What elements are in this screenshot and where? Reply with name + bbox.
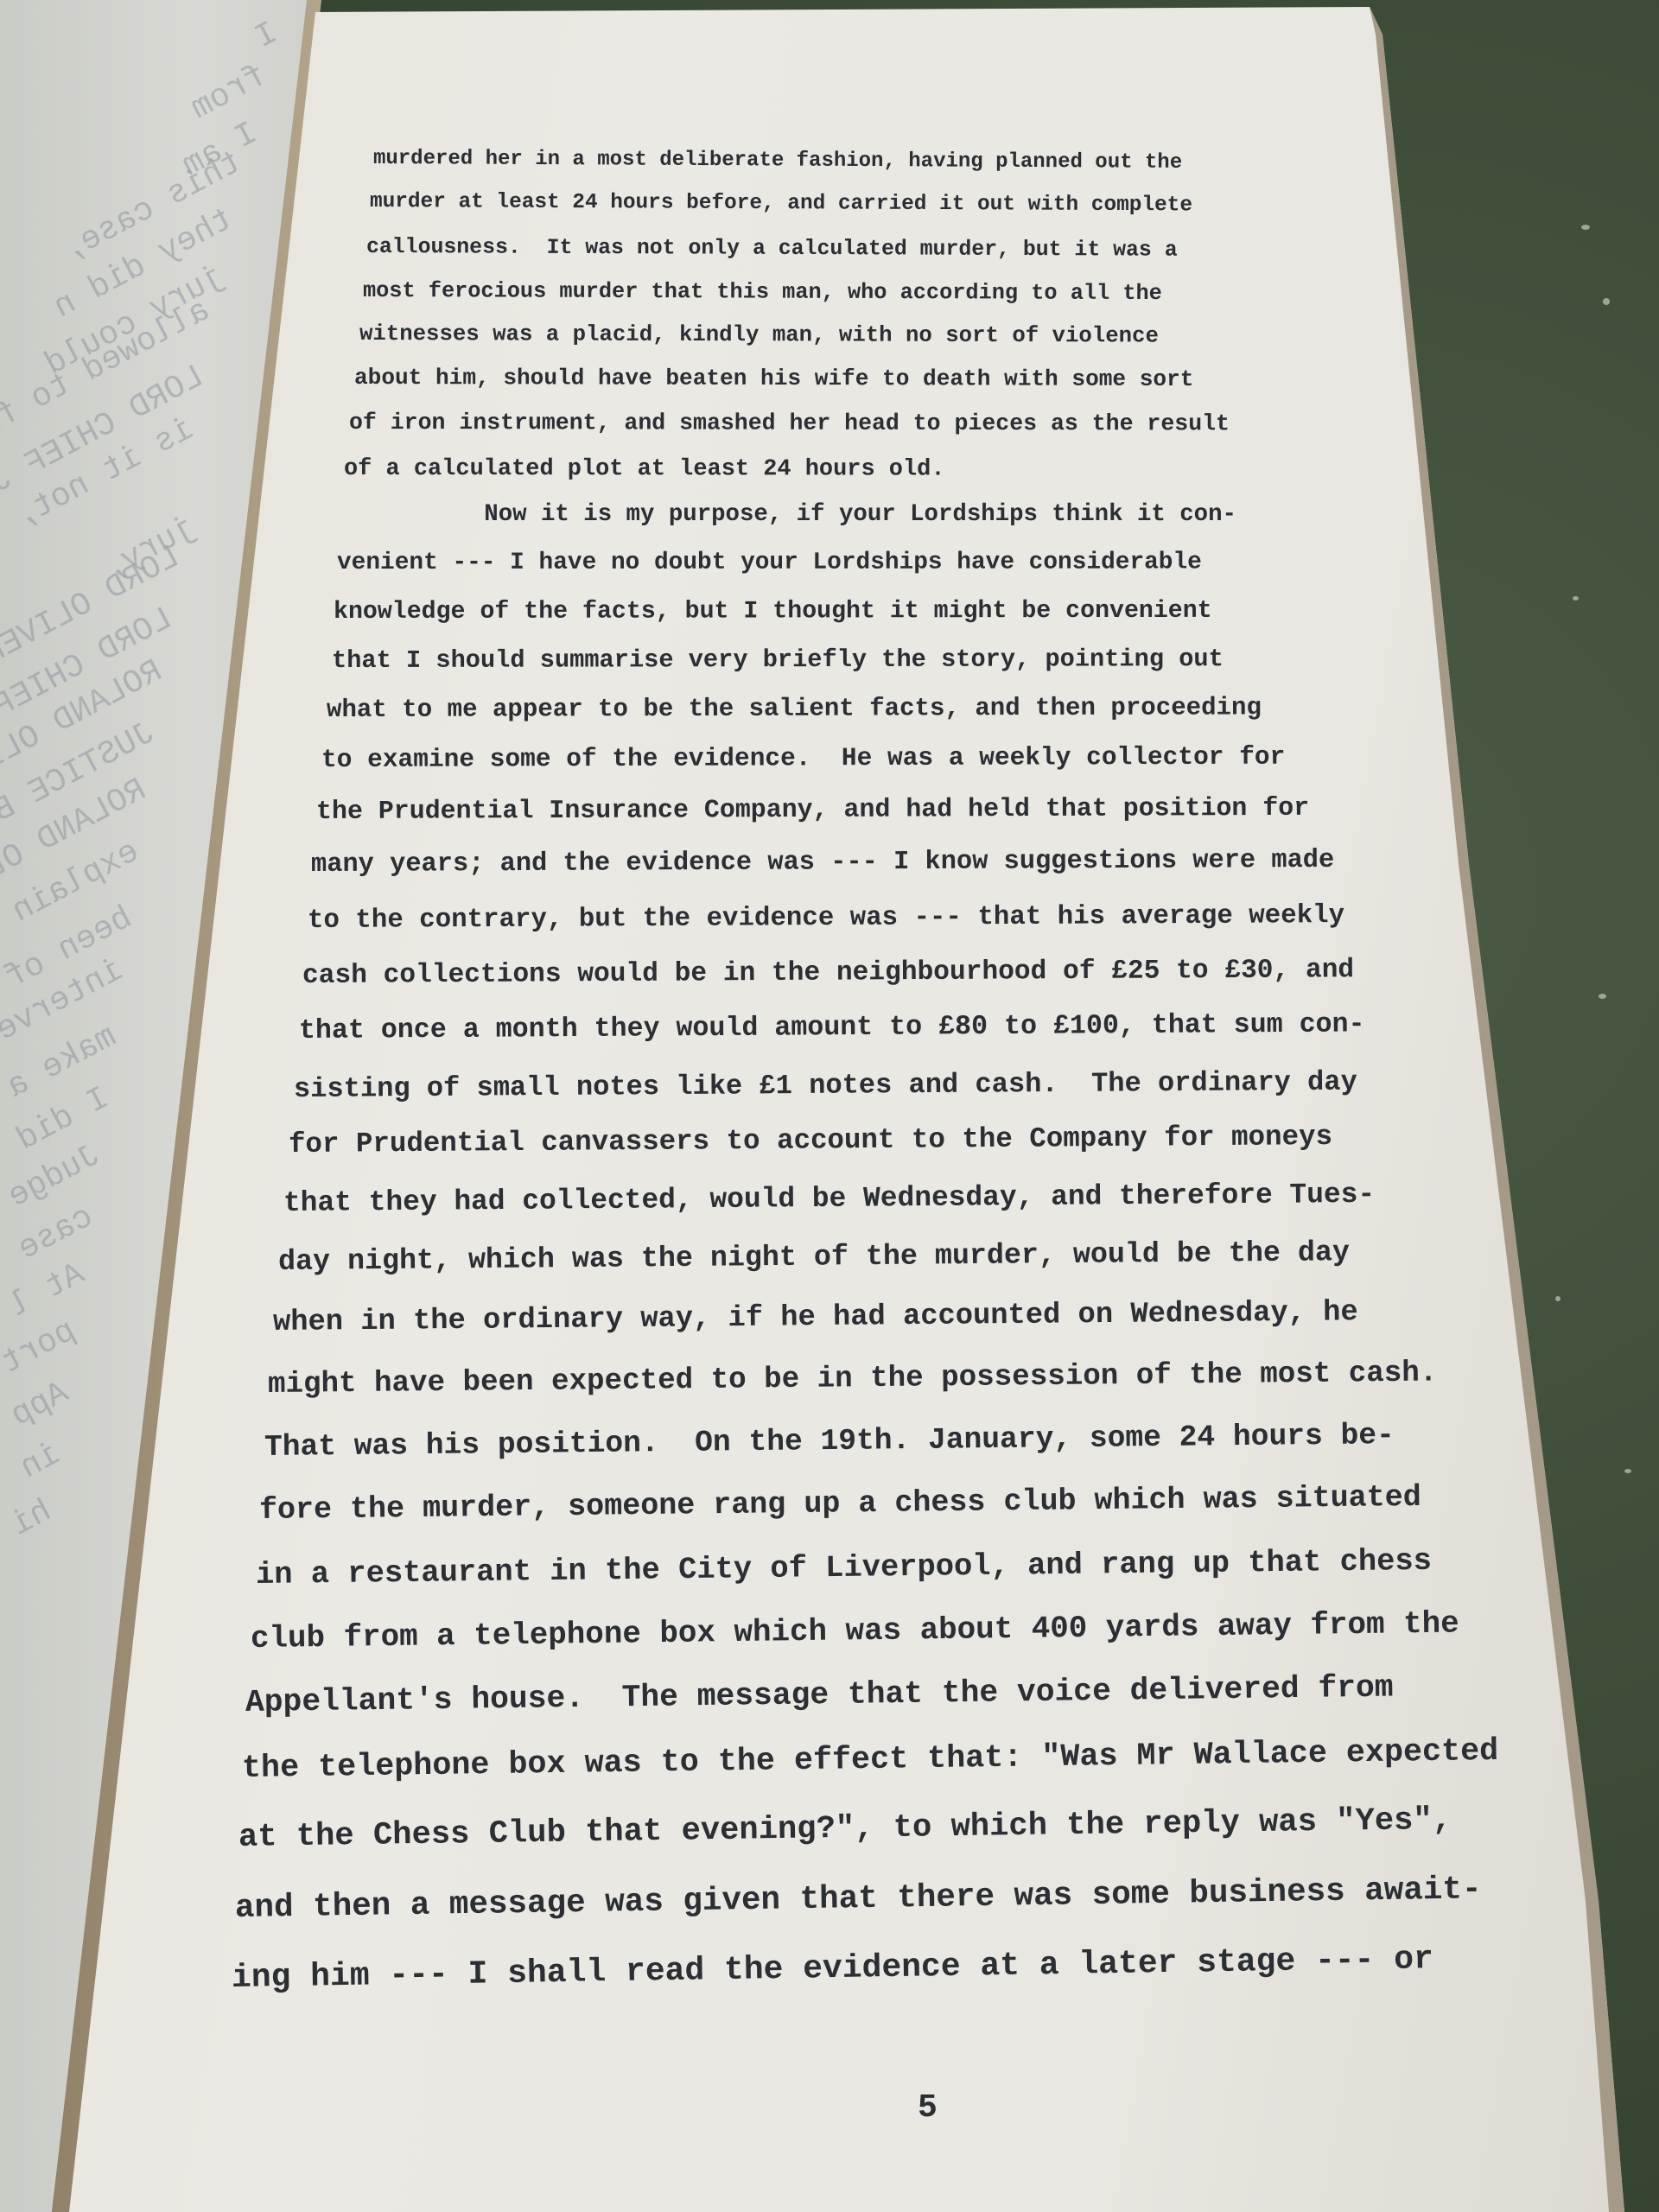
text-line: Now it is my purpose, if your Lordships …: [342, 501, 1236, 528]
text-line: murder at least 24 hours before, and car…: [370, 190, 1192, 217]
text-line: callousness. It was not only a calculate…: [366, 235, 1178, 263]
page-number: 5: [918, 2089, 938, 2126]
bleed-through-text: hi: [6, 1493, 58, 1544]
text-line: to examine some of the evidence. He was …: [321, 742, 1285, 774]
text-line: cash collections would be in the neighbo…: [302, 955, 1354, 991]
bleed-through-text: port: [0, 1313, 82, 1382]
text-line: witnesses was a placid, kindly man, with…: [359, 321, 1159, 348]
bleed-through-text: Judge: [3, 1137, 107, 1217]
text-line: murdered her in a most deliberate fashio…: [373, 147, 1182, 175]
text-line: to the contrary, but the evidence was --…: [308, 900, 1344, 936]
bleed-through-text: At l: [3, 1255, 91, 1325]
text-line: about him, should have beaten his wife t…: [354, 365, 1193, 392]
text-line: that I should summarise very briefly the…: [332, 645, 1224, 675]
text-line: knowledge of the facts, but I thought it…: [334, 597, 1212, 626]
text-line: most ferocious murder that this man, who…: [363, 278, 1162, 306]
text-line: the Prudential Insurance Company, and ha…: [316, 793, 1309, 826]
text-line: what to me appear to be the salient fact…: [327, 693, 1262, 724]
bleed-through-text: App: [4, 1374, 74, 1434]
text-line: of iron instrument, and smashed her head…: [349, 410, 1230, 436]
text-line: venient --- I have no doubt your Lordshi…: [337, 550, 1202, 576]
bleed-through-text: in: [15, 1436, 67, 1487]
bleed-through-text: I: [249, 15, 283, 57]
text-line: many years; and the evidence was --- I k…: [311, 846, 1334, 880]
bleed-through-text: from: [185, 58, 272, 128]
text-line: of a calculated plot at least 24 hours o…: [344, 456, 945, 483]
